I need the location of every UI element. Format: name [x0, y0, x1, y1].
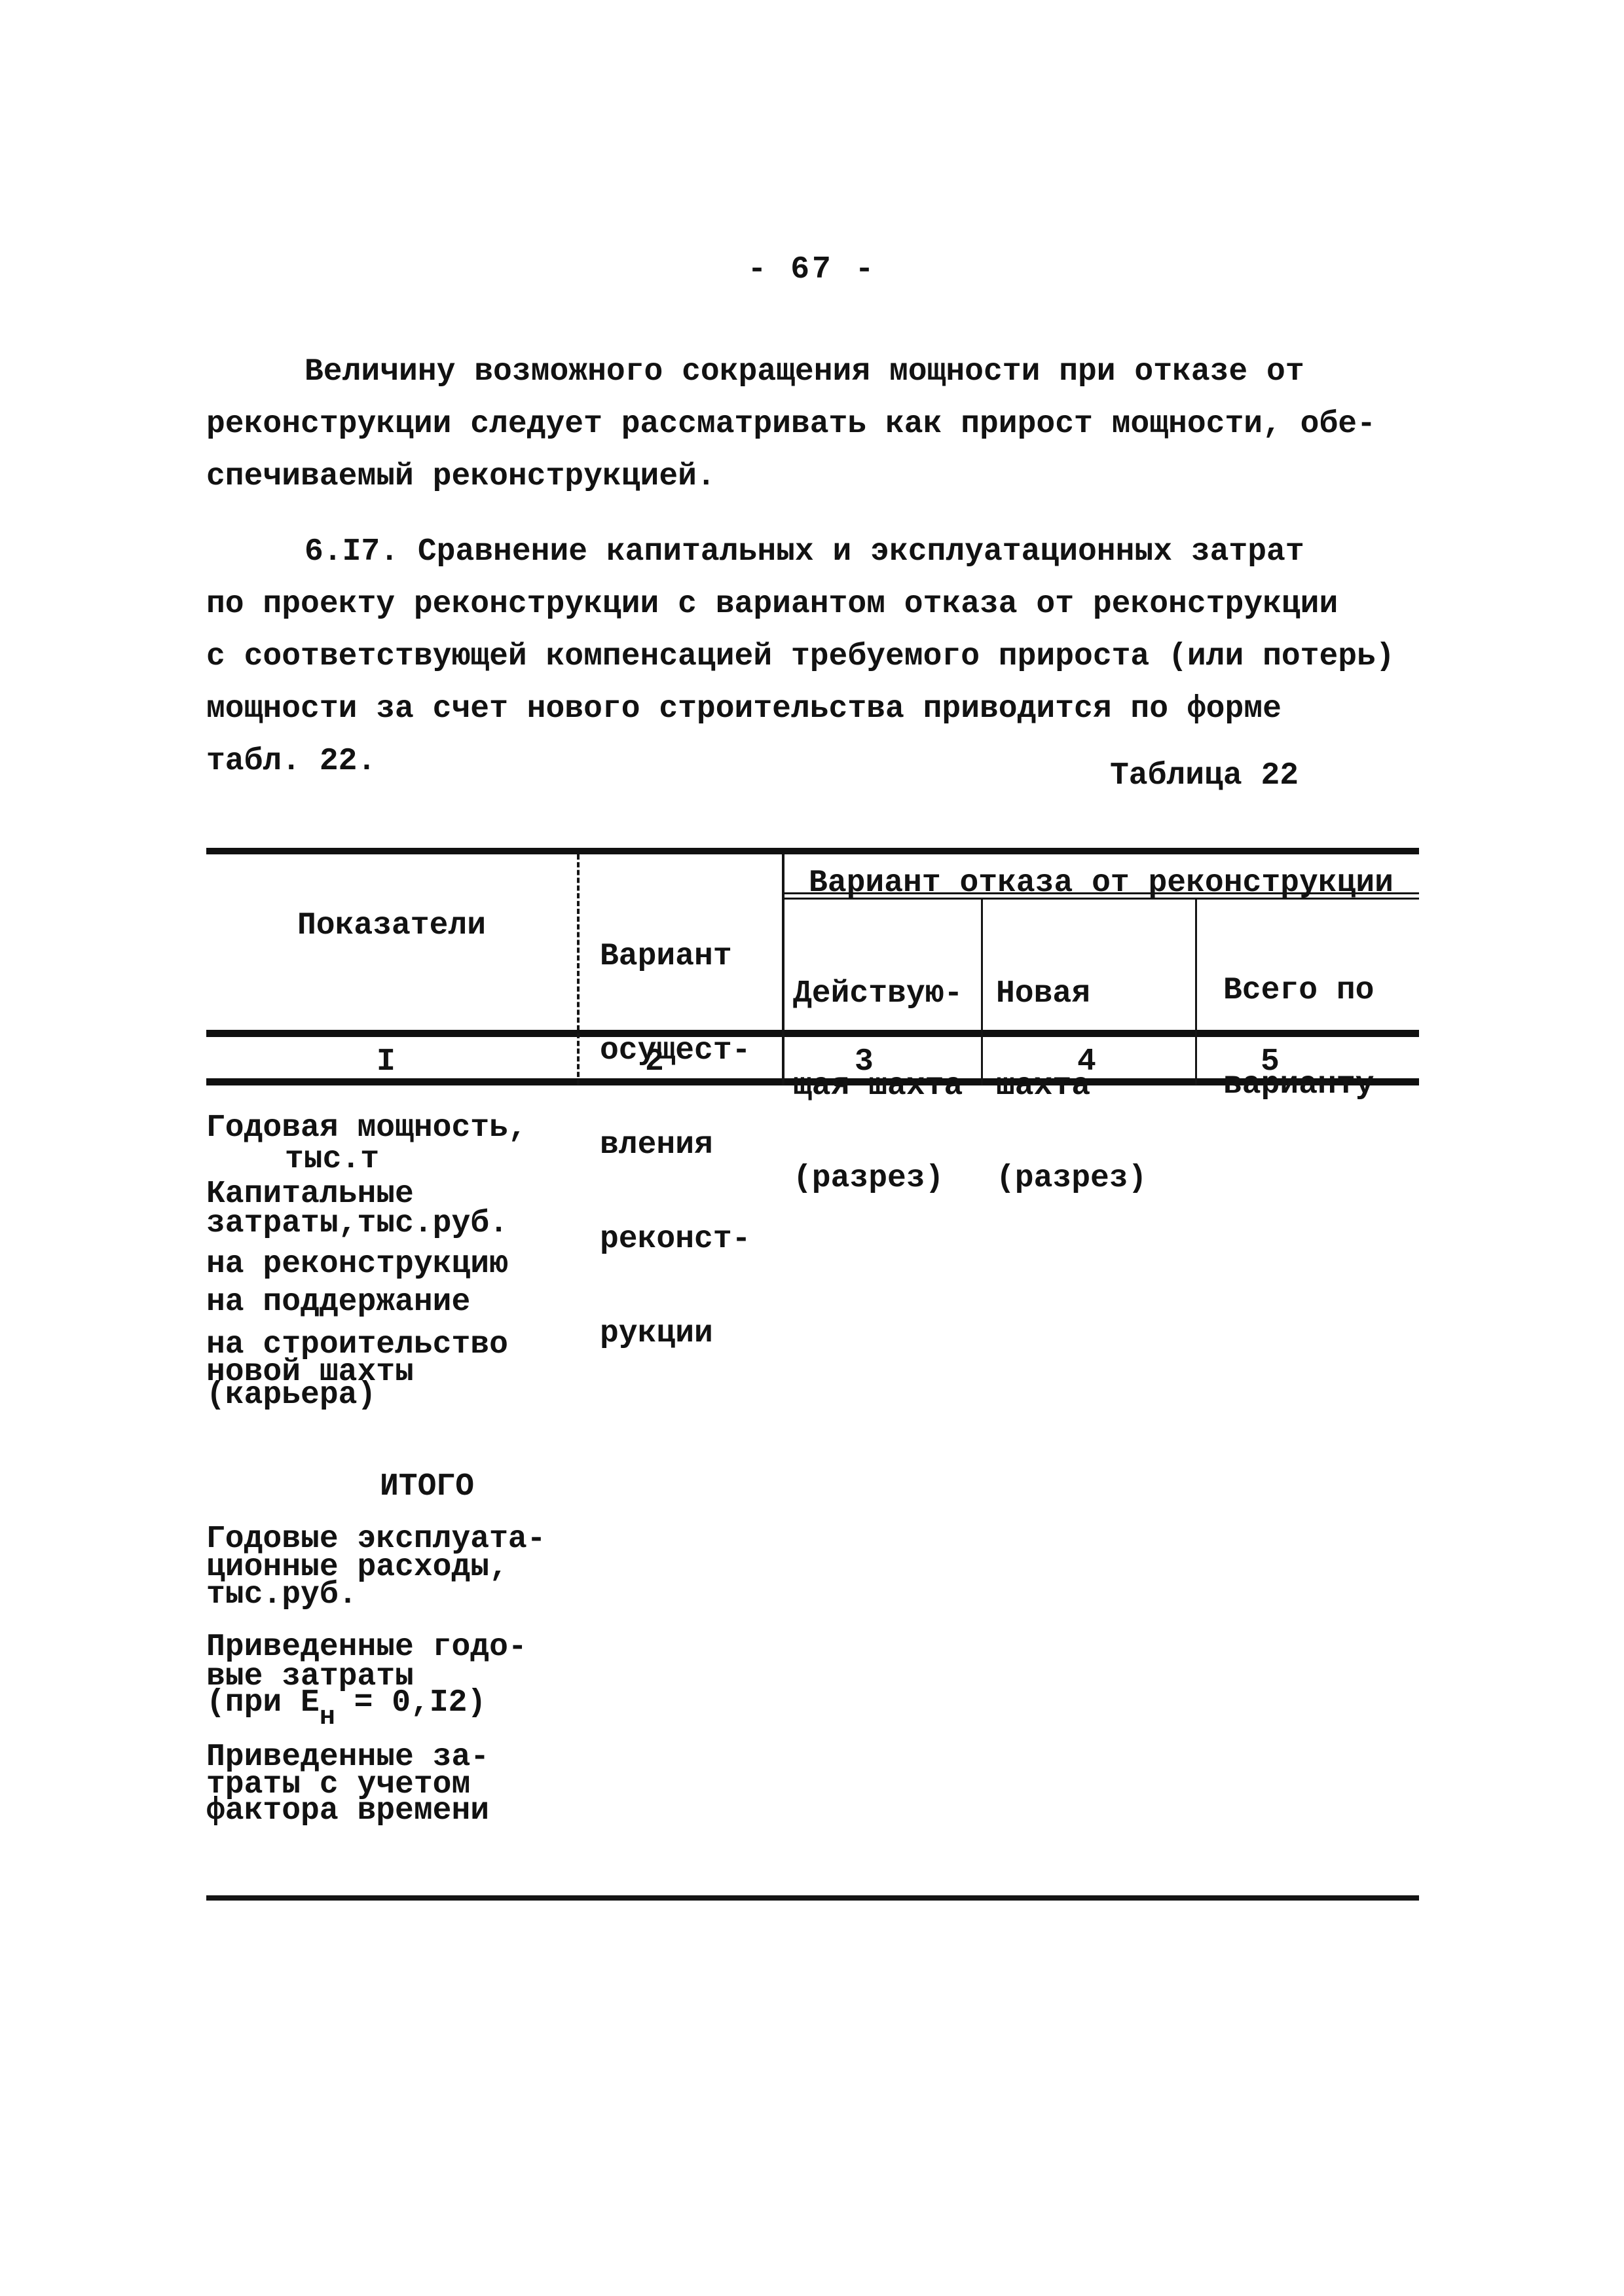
row-label: тыс.т — [285, 1142, 379, 1176]
header-col2-line: осущест- — [600, 1035, 750, 1066]
row-label: Годовая мощность, — [206, 1111, 527, 1145]
formula-prefix: (при Е — [206, 1685, 320, 1721]
row-label: затраты,тыс.руб. — [206, 1207, 508, 1241]
header-col1: Показатели — [206, 910, 577, 941]
header-col3-line: Действую- — [793, 979, 963, 1010]
column-number-3: 3 — [855, 1044, 874, 1080]
table-vertical-divider-3 — [981, 899, 983, 1085]
row-label: фактора времени — [206, 1794, 489, 1828]
header-col3-line: щая шахта — [793, 1071, 963, 1102]
paragraph-1-line: спечиваемый реконструкцией. — [206, 450, 716, 503]
header-col2: Вариант осущест- вления реконст- рукции — [600, 878, 750, 1412]
row-label: тыс.руб. — [206, 1578, 357, 1612]
header-col5: Всего по варианту — [1223, 912, 1374, 1163]
paragraph-1-line: реконструкции следует рассматривать как … — [206, 398, 1376, 450]
paragraph-2-line: по проекту реконструкции с вариантом отк… — [206, 578, 1338, 630]
header-col4: Новая шахта (разрез) — [996, 917, 1147, 1256]
table-bottom-rule — [206, 1895, 1419, 1901]
header-col4-line: шахта — [996, 1071, 1147, 1102]
column-number-1: I — [377, 1044, 396, 1080]
row-label: (карьера) — [206, 1378, 376, 1412]
header-col3-line: (разрез) — [793, 1163, 963, 1194]
header-col5-line: варианту — [1223, 1069, 1374, 1101]
header-col2-line: рукции — [600, 1318, 750, 1349]
row-label: на реконструкцию — [206, 1247, 508, 1281]
header-col2-line: реконст- — [600, 1224, 750, 1255]
column-number-5: 5 — [1261, 1044, 1280, 1080]
header-col5-line: Всего по — [1223, 975, 1374, 1006]
header-col2-line: Вариант — [600, 941, 750, 972]
column-number-2: 2 — [645, 1044, 664, 1080]
document-page: - 67 - Величину возможного сокращения мо… — [0, 0, 1624, 2296]
row-label-itogo: ИТОГО — [380, 1470, 474, 1504]
header-col2-line: вления — [600, 1129, 750, 1161]
table-vertical-divider-4 — [1195, 899, 1197, 1085]
paragraph-2-line: мощности за счет нового строительства пр… — [206, 683, 1282, 735]
table-top-rule — [206, 848, 1419, 854]
header-group-underline — [783, 892, 1419, 900]
table-22: Показатели Вариант осущест- вления рекон… — [206, 848, 1419, 1905]
page-number: - 67 - — [0, 252, 1624, 287]
row-label: на поддержание — [206, 1285, 470, 1319]
row-label-formula: (при Ен = 0,I2) — [206, 1686, 486, 1722]
table-caption: Таблица 22 — [1110, 758, 1299, 793]
header-col4-line: (разрез) — [996, 1163, 1147, 1194]
paragraph-1-line: Величину возможного сокращения мощности … — [304, 346, 1304, 398]
paragraph-2-line: 6.I7. Сравнение капитальных и эксплуатац… — [304, 526, 1304, 578]
paragraph-2-line: с соответствующей компенсацией требуемог… — [206, 630, 1395, 683]
column-number-4: 4 — [1077, 1044, 1096, 1080]
table-vertical-divider-1 — [577, 854, 580, 1085]
header-col4-line: Новая — [996, 979, 1147, 1010]
formula-subscript: н — [320, 1703, 335, 1732]
header-col3: Действую- щая шахта (разрез) — [793, 917, 963, 1256]
paragraph-2-line: табл. 22. — [206, 735, 376, 788]
formula-suffix: = 0,I2) — [335, 1685, 486, 1721]
